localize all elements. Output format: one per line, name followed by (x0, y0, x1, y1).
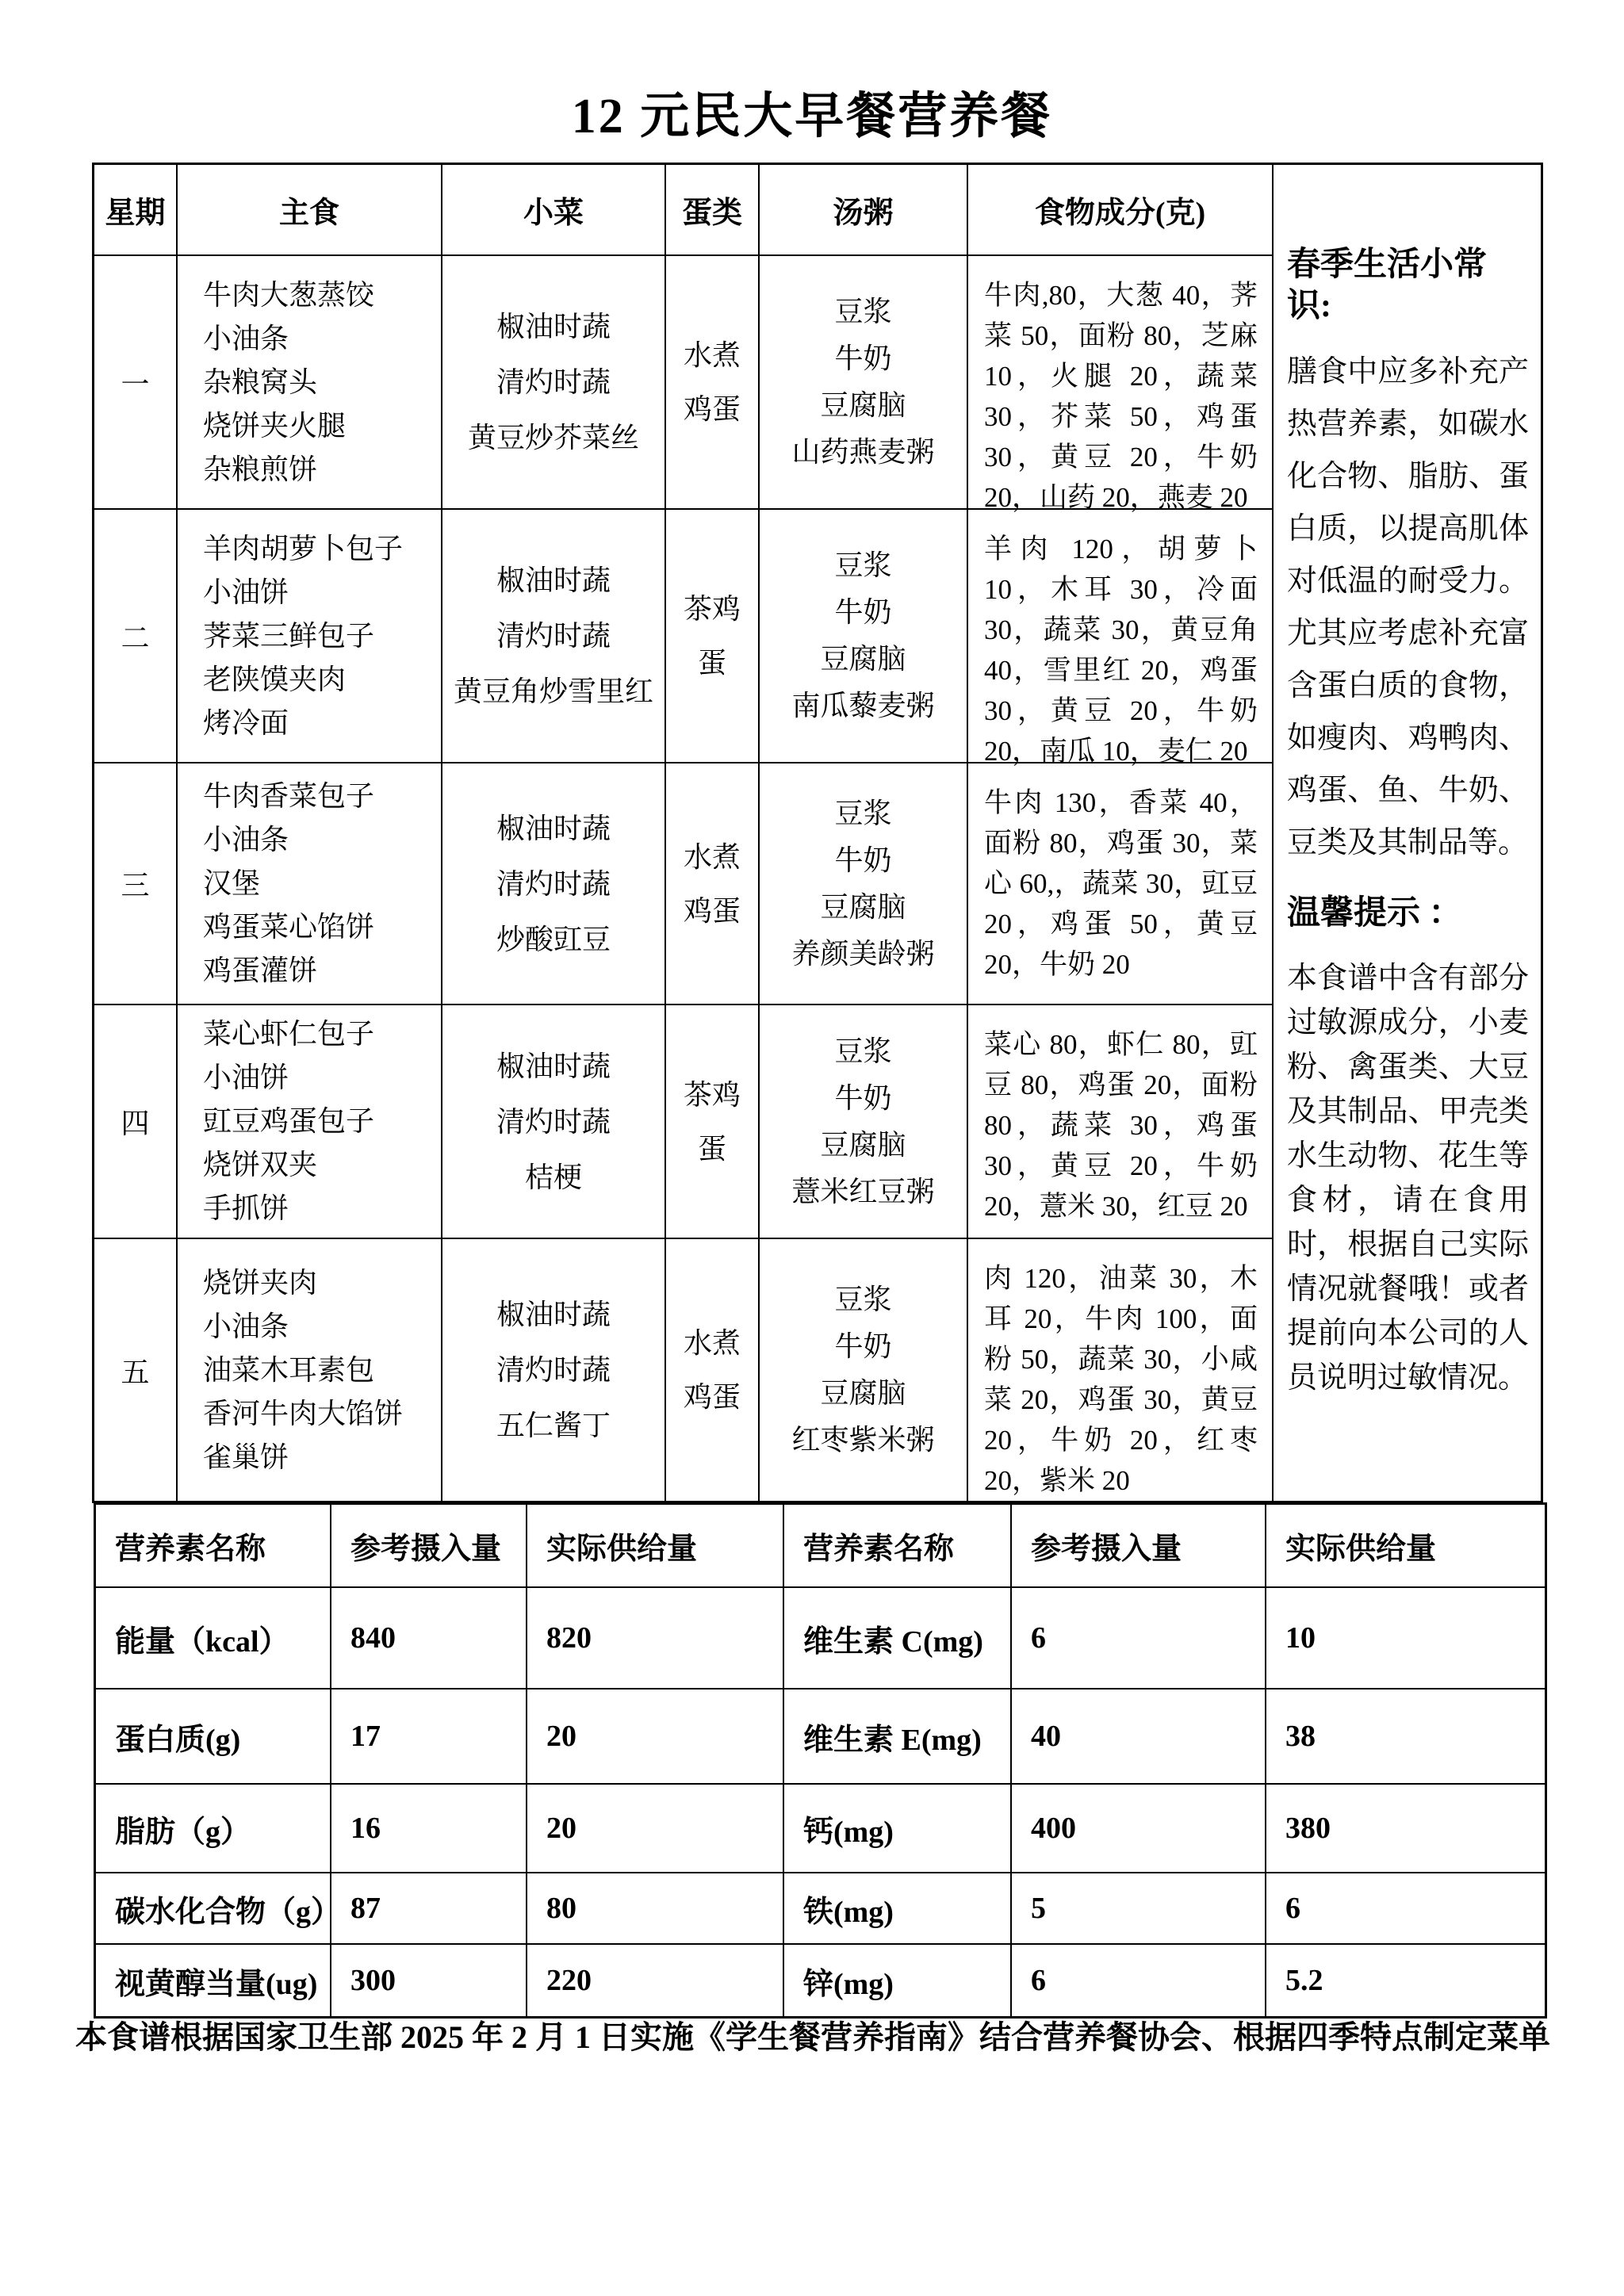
sides-cell: 椒油时蔬 清灼时蔬 五仁酱丁 (442, 1239, 666, 1501)
reference-intake-cell: 300 (331, 1945, 527, 2016)
nutrient-name-cell: 锌(mg) (784, 1945, 1012, 2016)
ingredients-cell: 牛肉 130，香菜 40，面粉 80，鸡蛋 30，菜心 60,，蔬菜 30，豇豆… (968, 763, 1274, 1005)
ingredients-cell: 肉 120，油菜 30，木耳 20，牛肉 100，面粉 50，蔬菜 30，小咸菜… (968, 1239, 1274, 1501)
reference-intake-cell: 6 (1012, 1945, 1266, 2016)
soup-cell: 豆浆 牛奶 豆腐脑 山药燕麦粥 (760, 256, 968, 510)
reference-intake-cell: 17 (331, 1689, 527, 1785)
tips-body: 膳食中应多补充产热营养素，如碳水化合物、脂肪、蛋白质，以提高肌体对低温的耐受力。… (1287, 346, 1529, 869)
actual-supply-cell: 6 (1266, 1873, 1545, 1945)
sides-cell: 椒油时蔬 清灼时蔬 黄豆角炒雪里红 (442, 510, 666, 763)
ingredients-cell: 菜心 80，虾仁 80，豇豆 80，鸡蛋 20，面粉 80，蔬菜 30，鸡蛋 3… (968, 1005, 1274, 1239)
weekly-menu-table: 春季生活小常识: 膳食中应多补充产热营养素，如碳水化合物、脂肪、蛋白质，以提高肌… (92, 163, 1543, 1503)
reference-intake-cell: 840 (331, 1588, 527, 1689)
soup-cell: 豆浆 牛奶 豆腐脑 南瓜藜麦粥 (760, 510, 968, 763)
staples-cell: 牛肉大葱蒸饺 小油条 杂粮窝头 烧饼夹火腿 杂粮煎饼 (178, 256, 442, 510)
nutrient-name-header: 营养素名称 (784, 1505, 1012, 1588)
nutrient-name-cell: 钙(mg) (784, 1785, 1012, 1873)
egg-cell: 水煮鸡蛋 (666, 1239, 760, 1501)
day-cell: 四 (94, 1005, 178, 1239)
col-header-sides: 小菜 (442, 165, 666, 256)
staples-cell: 牛肉香菜包子 小油条 汉堡 鸡蛋菜心馅饼 鸡蛋灌饼 (178, 763, 442, 1005)
reference-intake-header: 参考摄入量 (1012, 1505, 1266, 1588)
footer-note: 本食谱根据国家卫生部 2025 年 2 月 1 日实施《学生餐营养指南》结合营养… (75, 2012, 1550, 2057)
soup-cell: 豆浆 牛奶 豆腐脑 养颜美龄粥 (760, 763, 968, 1005)
soup-cell: 豆浆 牛奶 豆腐脑 薏米红豆粥 (760, 1005, 968, 1239)
egg-cell: 茶鸡蛋 (666, 510, 760, 763)
reference-intake-cell: 5 (1012, 1873, 1266, 1945)
day-cell: 一 (94, 256, 178, 510)
seasonal-tips-sidebar: 春季生活小常识: 膳食中应多补充产热营养素，如碳水化合物、脂肪、蛋白质，以提高肌… (1274, 165, 1541, 1501)
tips-title: 春季生活小常识: (1287, 244, 1529, 327)
reference-intake-cell: 16 (331, 1785, 527, 1873)
actual-supply-cell: 20 (527, 1785, 784, 1873)
nutrient-name-cell: 视黄醇当量(ug) (96, 1945, 331, 2016)
reference-intake-cell: 6 (1012, 1588, 1266, 1689)
actual-supply-cell: 820 (527, 1588, 784, 1689)
ingredients-cell: 羊肉 120，胡萝卜 10，木耳 30，冷面 30，蔬菜 30，黄豆角 40，雪… (968, 510, 1274, 763)
actual-supply-cell: 38 (1266, 1689, 1545, 1785)
reference-intake-cell: 40 (1012, 1689, 1266, 1785)
actual-supply-header: 实际供给量 (527, 1505, 784, 1588)
egg-cell: 水煮鸡蛋 (666, 256, 760, 510)
sides-cell: 椒油时蔬 清灼时蔬 黄豆炒芥菜丝 (442, 256, 666, 510)
document-page: 12 元民大早餐营养餐 春季生活小常识: 膳食中应多补充产热营养素，如碳水化合物… (0, 0, 1624, 2296)
day-cell: 二 (94, 510, 178, 763)
egg-cell: 水煮鸡蛋 (666, 763, 760, 1005)
staples-cell: 烧饼夹肉 小油条 油菜木耳素包 香河牛肉大馅饼 雀巢饼 (178, 1239, 442, 1501)
sides-cell: 椒油时蔬 清灼时蔬 炒酸豇豆 (442, 763, 666, 1005)
staples-cell: 羊肉胡萝卜包子 小油饼 荠菜三鲜包子 老陕馍夹肉 烤冷面 (178, 510, 442, 763)
reference-intake-cell: 87 (331, 1873, 527, 1945)
soup-cell: 豆浆 牛奶 豆腐脑 红枣紫米粥 (760, 1239, 968, 1501)
nutrient-name-cell: 脂肪（g） (96, 1785, 331, 1873)
day-cell: 五 (94, 1239, 178, 1501)
nutrient-name-header: 营养素名称 (96, 1505, 331, 1588)
actual-supply-cell: 5.2 (1266, 1945, 1545, 2016)
page-title: 12 元民大早餐营养餐 (0, 76, 1624, 147)
col-header-soup: 汤粥 (760, 165, 968, 256)
actual-supply-cell: 10 (1266, 1588, 1545, 1689)
reference-intake-cell: 400 (1012, 1785, 1266, 1873)
actual-supply-cell: 220 (527, 1945, 784, 2016)
notice-body: 本食谱中含有部分过敏源成分，小麦粉、禽蛋类、大豆及其制品、甲壳类水生动物、花生等… (1287, 956, 1529, 1400)
col-header-staple: 主食 (178, 165, 442, 256)
nutrient-name-cell: 蛋白质(g) (96, 1689, 331, 1785)
staples-cell: 菜心虾仁包子 小油饼 豇豆鸡蛋包子 烧饼双夹 手抓饼 (178, 1005, 442, 1239)
notice-title: 温馨提示 ： (1287, 893, 1529, 934)
ingredients-cell: 牛肉,80，大葱 40，荠菜 50，面粉 80，芝麻 10，火腿 20，蔬菜 3… (968, 256, 1274, 510)
actual-supply-cell: 20 (527, 1689, 784, 1785)
sides-cell: 椒油时蔬 清灼时蔬 桔梗 (442, 1005, 666, 1239)
reference-intake-header: 参考摄入量 (331, 1505, 527, 1588)
nutrient-name-cell: 维生素 C(mg) (784, 1588, 1012, 1689)
col-header-week: 星期 (94, 165, 178, 256)
nutrient-name-cell: 维生素 E(mg) (784, 1689, 1012, 1785)
egg-cell: 茶鸡蛋 (666, 1005, 760, 1239)
actual-supply-cell: 380 (1266, 1785, 1545, 1873)
nutrition-table: 营养素名称 参考摄入量 实际供给量 营养素名称 参考摄入量 实际供给量 能量（k… (94, 1502, 1547, 2019)
nutrient-name-cell: 碳水化合物（g） (96, 1873, 331, 1945)
col-header-egg: 蛋类 (666, 165, 760, 256)
nutrient-name-cell: 铁(mg) (784, 1873, 1012, 1945)
col-header-ingredients: 食物成分(克) (968, 165, 1274, 256)
day-cell: 三 (94, 763, 178, 1005)
actual-supply-cell: 80 (527, 1873, 784, 1945)
nutrient-name-cell: 能量（kcal） (96, 1588, 331, 1689)
actual-supply-header: 实际供给量 (1266, 1505, 1545, 1588)
